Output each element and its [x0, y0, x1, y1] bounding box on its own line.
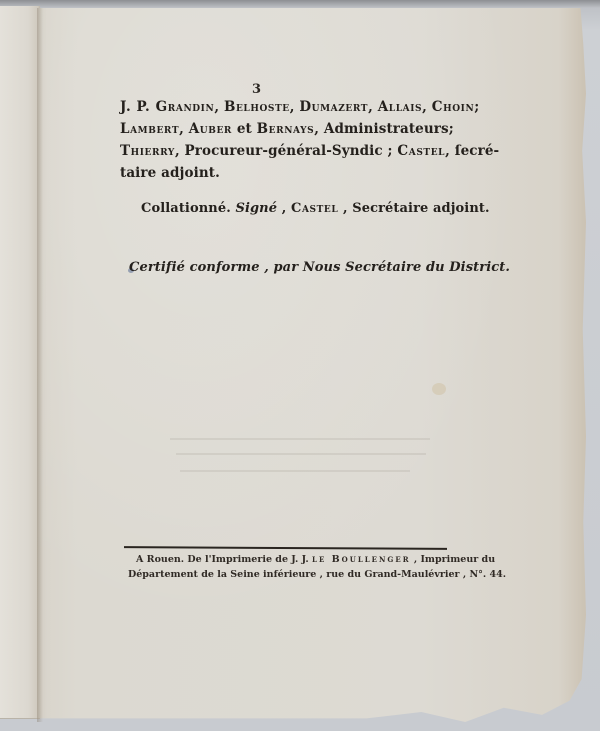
signatory-name: Dumazert	[299, 99, 368, 115]
imprint-text: , Imprimeur du	[411, 554, 496, 565]
separator: ,	[290, 99, 300, 115]
imprint-line-2: Département de la Seine inférieure , rue…	[128, 567, 458, 582]
bleed-through-text	[176, 453, 426, 455]
signatories-line-1: J. P. Grandin, Belhoste, Dumazert, Allai…	[120, 96, 450, 118]
certification-line: Certifié conforme , par Nous Secrétaire …	[129, 260, 510, 275]
gutter-shadow	[37, 8, 43, 722]
printer-name: le Boullenger	[312, 554, 411, 565]
signatory-name: J. P. Grandin	[120, 99, 214, 115]
separator: ,	[368, 99, 378, 115]
role-label: , Administrateurs;	[314, 121, 454, 137]
imprint-text: A Rouen. De l'Imprimerie de J. J.	[136, 554, 312, 565]
collation-line: Collationné. Signé , Castel , Secrétaire…	[141, 201, 490, 216]
separator: ,	[179, 121, 189, 137]
facing-page-edge	[0, 6, 40, 719]
role-label: taire adjoint.	[120, 165, 220, 181]
signatories-line-4: taire adjoint.	[120, 162, 450, 184]
signatory-name: Belhoste	[224, 99, 290, 115]
separator: ,	[214, 99, 224, 115]
role-label: , Procureur-général-Syndic ;	[175, 143, 397, 159]
signatory-name: Castel	[397, 143, 445, 159]
signatories-block: J. P. Grandin, Belhoste, Dumazert, Allai…	[120, 96, 450, 184]
separator: ,	[277, 201, 291, 216]
signatories-line-3: Thierry, Procureur-général-Syndic ; Cast…	[120, 140, 450, 162]
imprint-line-1: A Rouen. De l'Imprimerie de J. J. le Bou…	[128, 552, 458, 567]
page-number: 3	[252, 82, 261, 97]
collation-prefix: Collationné.	[141, 201, 235, 216]
role-label: , ſecré-	[445, 143, 499, 159]
printer-imprint: A Rouen. De l'Imprimerie de J. J. le Bou…	[128, 552, 458, 582]
signatory-name: Auber	[189, 121, 232, 137]
separator: ,	[422, 99, 432, 115]
signatory-name: Lambert	[120, 121, 179, 137]
conjunction: et	[232, 121, 257, 137]
signatory-name: Bernays	[257, 121, 315, 137]
signed-label: Signé	[235, 201, 277, 216]
signatories-line-2: Lambert, Auber et Bernays, Administrateu…	[120, 118, 450, 140]
signatory-name: Allais	[378, 99, 422, 115]
paper-stain	[432, 383, 446, 395]
bleed-through-text	[180, 470, 410, 472]
signatory-name: Thierry	[120, 143, 175, 159]
separator: ;	[474, 99, 479, 115]
role-label: , Secrétaire adjoint.	[338, 201, 489, 216]
bleed-through-text	[170, 438, 430, 440]
signatory-name: Choin	[432, 99, 475, 115]
signatory-name: Castel	[291, 201, 338, 216]
